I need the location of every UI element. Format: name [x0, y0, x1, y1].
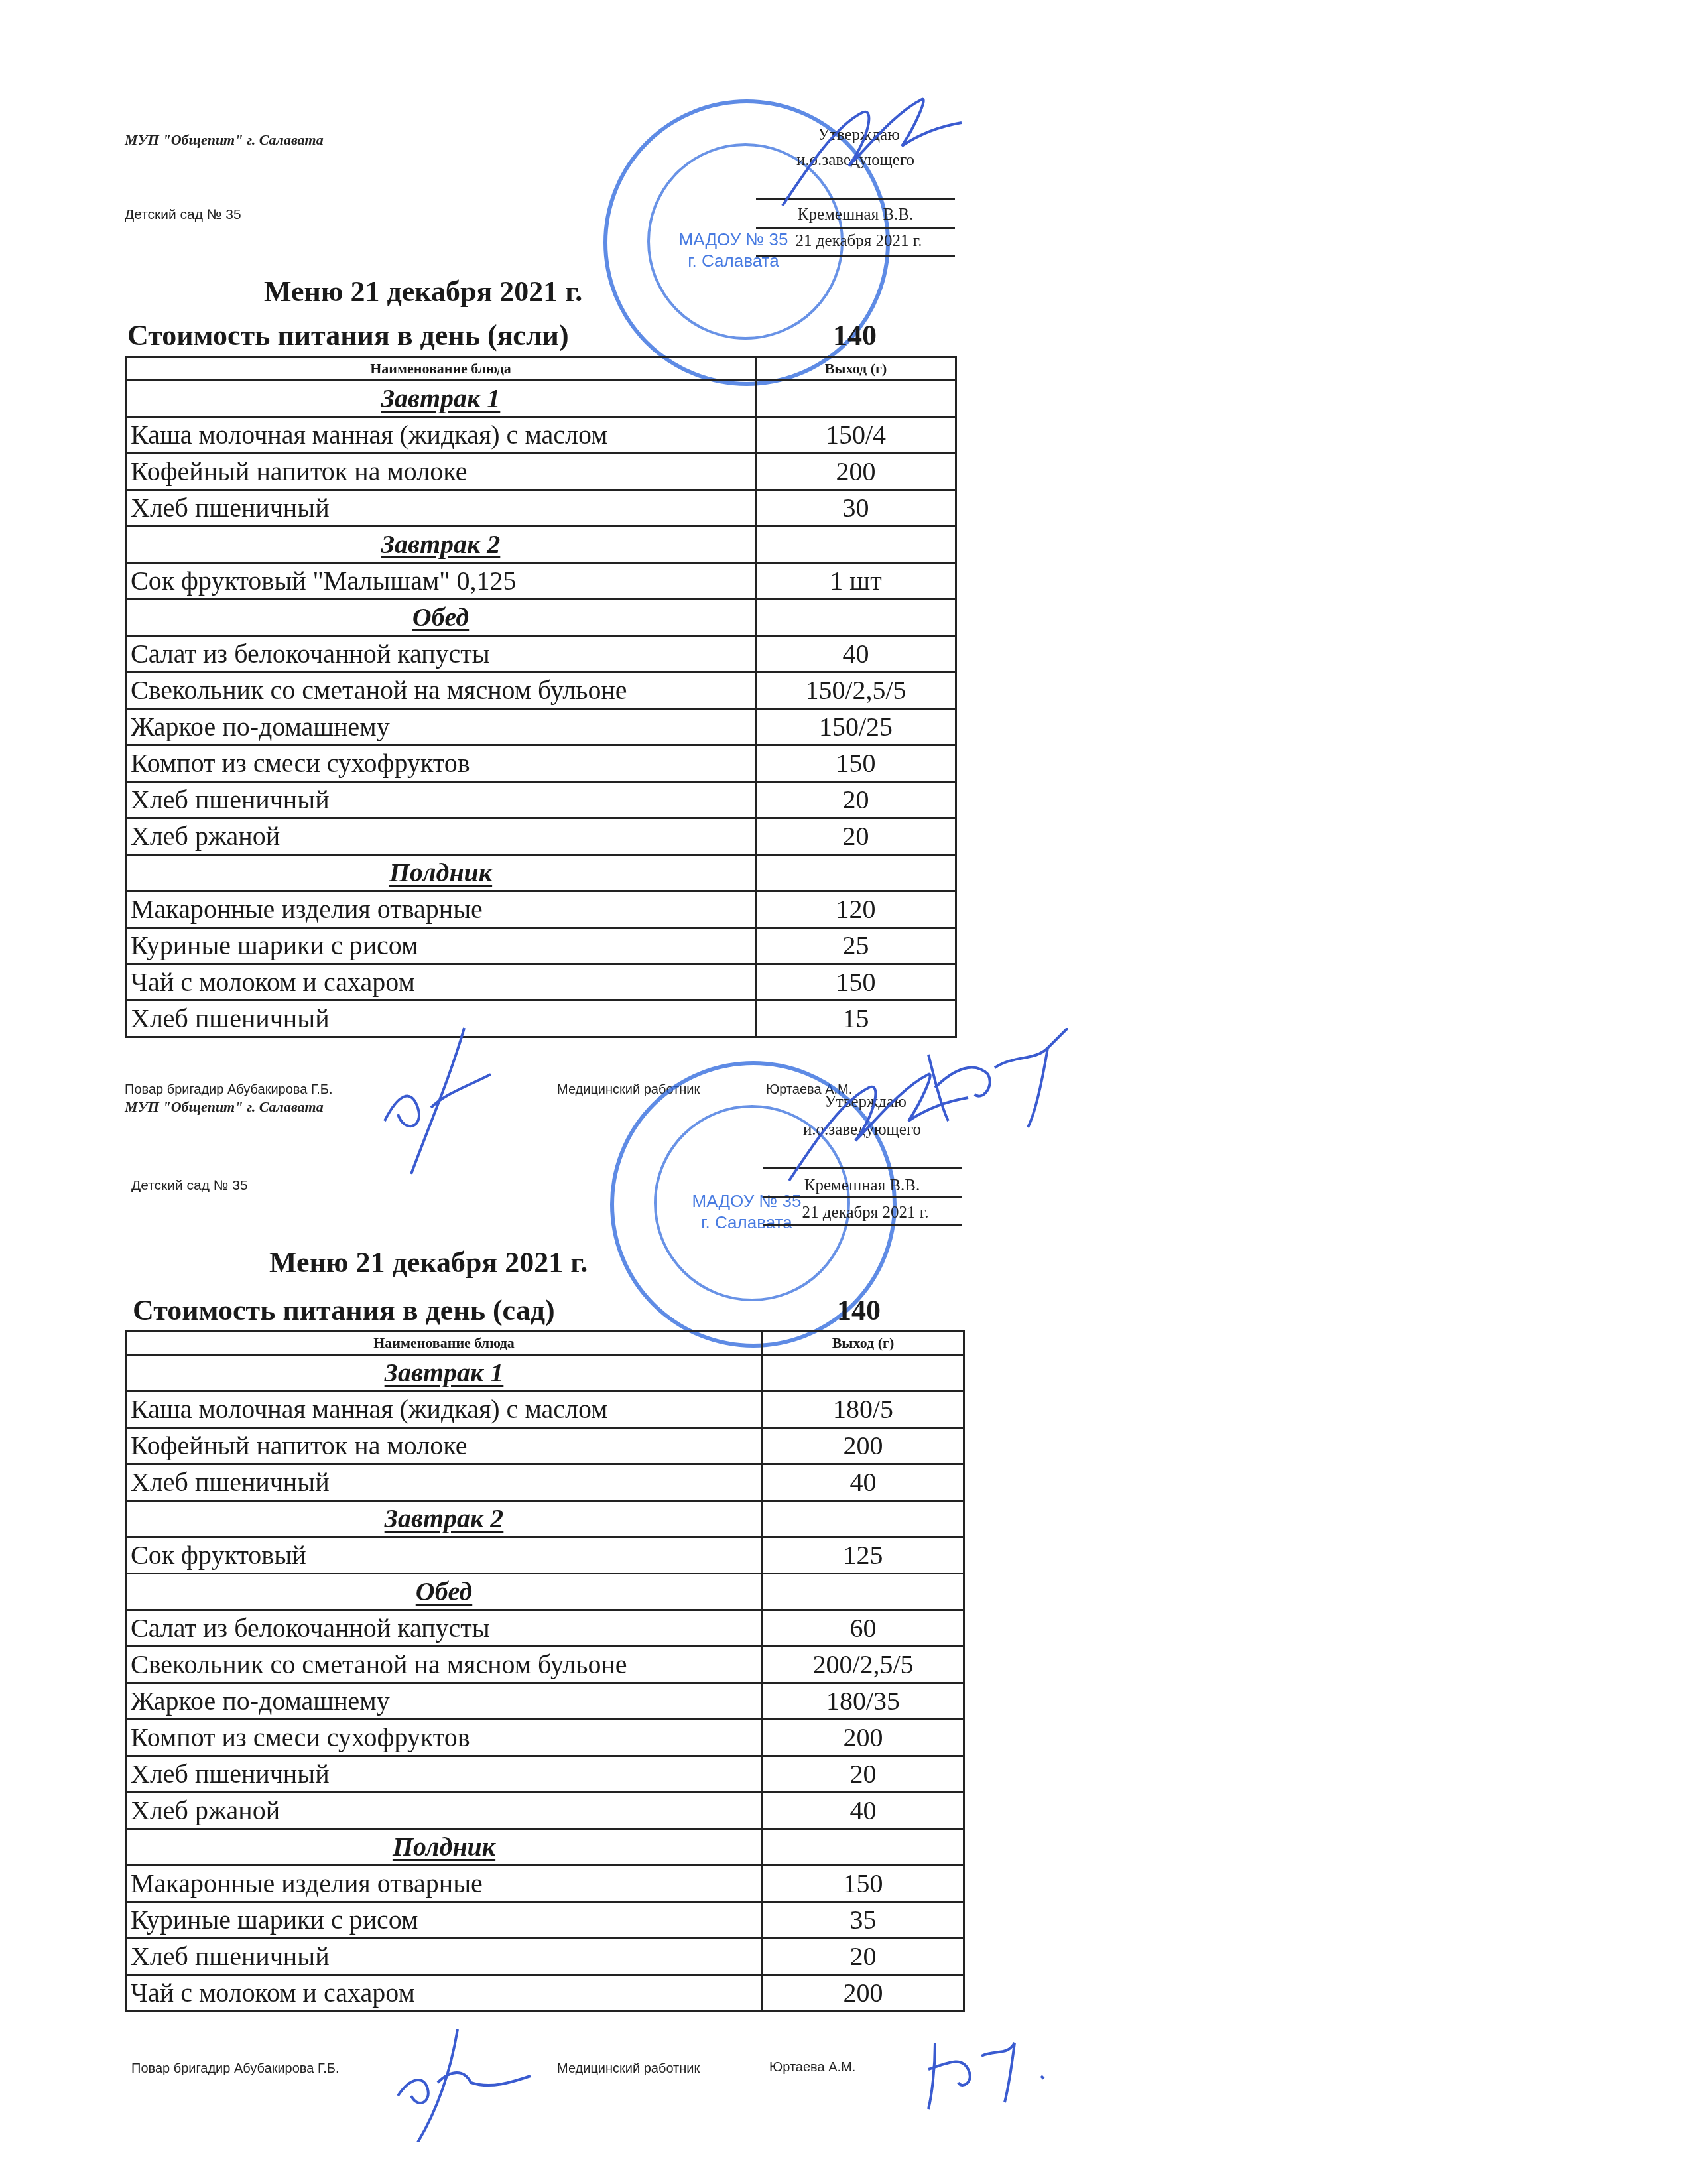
table-row: Компот из смеси сухофруктов150	[126, 745, 956, 782]
dish-yield: 200	[756, 454, 956, 490]
dish-name: Макаронные изделия отварные	[126, 1866, 763, 1902]
org-name: МУП "Общепит" г. Салавата	[125, 131, 324, 149]
dish-yield: 200/2,5/5	[763, 1647, 964, 1683]
dish-yield: 180/35	[763, 1683, 964, 1720]
org-name: МУП "Общепит" г. Салавата	[125, 1098, 324, 1116]
kindergarten-name: Детский сад № 35	[125, 207, 241, 223]
cook-label: Повар бригадир Абубакирова Г.Б.	[125, 1082, 333, 1098]
menu-table: Наименование блюда Выход (г) Завтрак 1 К…	[125, 1330, 965, 2012]
table-row: Чай с молоком и сахаром200	[126, 1975, 964, 2012]
table-row: Чай с молоком и сахаром150	[126, 964, 956, 1001]
table-row: Сок фруктовый125	[126, 1537, 964, 1574]
table-row: Кофейный напиток на молоке200	[126, 1428, 964, 1464]
dish-name: Хлеб ржаной	[126, 818, 756, 855]
dish-name: Компот из смеси сухофруктов	[126, 1720, 763, 1756]
section-row: Завтрак 1	[126, 381, 956, 417]
dish-yield: 120	[756, 891, 956, 928]
approval-date: 21 декабря 2021 г.	[756, 232, 962, 251]
director-signature-icon	[776, 1061, 975, 1194]
dish-yield: 40	[763, 1793, 964, 1829]
cook-signature-icon	[391, 2016, 550, 2142]
table-row: Хлеб пшеничный30	[126, 490, 956, 527]
dish-name: Куриные шарики с рисом	[126, 1902, 763, 1939]
section-row: Обед	[126, 600, 956, 636]
dish-name: Каша молочная манная (жидкая) с маслом	[126, 1391, 763, 1428]
dish-yield: 40	[763, 1464, 964, 1501]
medic-signature-icon	[922, 2029, 1054, 2116]
dish-name: Хлеб пшеничный	[126, 1756, 763, 1793]
cook-signature-icon	[371, 1021, 517, 1181]
daily-cost-value: 140	[833, 318, 877, 352]
menu-title: Меню 21 декабря 2021 г.	[269, 1246, 588, 1279]
dish-name: Чай с молоком и сахаром	[126, 1975, 763, 2012]
dish-name: Хлеб пшеничный	[126, 1939, 763, 1975]
dish-name: Хлеб ржаной	[126, 1793, 763, 1829]
table-row: Хлеб пшеничный20	[126, 1756, 964, 1793]
table-row: Хлеб пшеничный40	[126, 1464, 964, 1501]
dish-yield: 150/25	[756, 709, 956, 745]
dish-yield: 150/4	[756, 417, 956, 454]
dish-yield: 20	[763, 1756, 964, 1793]
kindergarten-name: Детский сад № 35	[131, 1178, 248, 1194]
menu-title: Меню 21 декабря 2021 г.	[264, 275, 582, 308]
table-row: Макаронные изделия отварные120	[126, 891, 956, 928]
table-header-row: Наименование блюда Выход (г)	[126, 1332, 964, 1355]
table-row: Куриные шарики с рисом25	[126, 928, 956, 964]
section-title: Полдник	[126, 855, 756, 891]
section-title: Обед	[126, 600, 756, 636]
table-row: Компот из смеси сухофруктов200	[126, 1720, 964, 1756]
table-row: Хлеб ржаной20	[126, 818, 956, 855]
dish-name: Куриные шарики с рисом	[126, 928, 756, 964]
table-row: Салат из белокочанной капусты60	[126, 1610, 964, 1647]
table-header-row: Наименование блюда Выход (г)	[126, 357, 956, 381]
dish-yield: 60	[763, 1610, 964, 1647]
table-row: Салат из белокочанной капусты40	[126, 636, 956, 673]
dish-name: Чай с молоком и сахаром	[126, 964, 756, 1001]
medic-label: Медицинский работник	[557, 2061, 700, 2077]
header-yield: Выход (г)	[763, 1332, 964, 1355]
table-row: Макаронные изделия отварные150	[126, 1866, 964, 1902]
section-title: Завтрак 2	[126, 527, 756, 563]
dish-name: Салат из белокочанной капусты	[126, 1610, 763, 1647]
section-title: Завтрак 2	[126, 1501, 763, 1537]
date-line	[756, 255, 955, 257]
dish-yield: 35	[763, 1902, 964, 1939]
dish-name: Жаркое по-домашнему	[126, 709, 756, 745]
section-title: Завтрак 1	[126, 1355, 763, 1391]
table-row: Хлеб пшеничный20	[126, 1939, 964, 1975]
dish-yield: 150	[756, 964, 956, 1001]
section-title: Обед	[126, 1574, 763, 1610]
section-row: Завтрак 1	[126, 1355, 964, 1391]
dish-name: Хлеб пшеничный	[126, 1464, 763, 1501]
daily-cost-value: 140	[837, 1293, 881, 1327]
table-row: Каша молочная манная (жидкая) с маслом15…	[126, 417, 956, 454]
table-row: Сок фруктовый "Малышам" 0,1251 шт	[126, 563, 956, 600]
dish-name: Свекольник со сметаной на мясном бульоне	[126, 1647, 763, 1683]
section-row: Полдник	[126, 855, 956, 891]
dish-name: Жаркое по-домашнему	[126, 1683, 763, 1720]
dish-name: Свекольник со сметаной на мясном бульоне	[126, 673, 756, 709]
dish-name: Каша молочная манная (жидкая) с маслом	[126, 417, 756, 454]
name-line	[756, 227, 955, 229]
daily-cost-label: Стоимость питания в день (сад)	[133, 1293, 555, 1327]
table-row: Хлеб пшеничный20	[126, 782, 956, 818]
section-title: Полдник	[126, 1829, 763, 1866]
section-row: Полдник	[126, 1829, 964, 1866]
dish-yield: 200	[763, 1720, 964, 1756]
dish-yield: 20	[756, 782, 956, 818]
dish-yield: 180/5	[763, 1391, 964, 1428]
table-row: Хлеб ржаной40	[126, 1793, 964, 1829]
section-title: Завтрак 1	[126, 381, 756, 417]
stamp-center-line2: г. Салавата	[667, 251, 800, 271]
header-dish-name: Наименование блюда	[126, 357, 756, 381]
cook-label: Повар бригадир Абубакирова Г.Б.	[131, 2061, 340, 2077]
dish-name: Макаронные изделия отварные	[126, 891, 756, 928]
table-row: Хлеб пшеничный15	[126, 1001, 956, 1037]
header-dish-name: Наименование блюда	[126, 1332, 763, 1355]
dish-yield: 20	[763, 1939, 964, 1975]
name-line	[763, 1196, 962, 1198]
header-yield: Выход (г)	[756, 357, 956, 381]
dish-yield: 200	[763, 1428, 964, 1464]
dish-name: Хлеб пшеничный	[126, 782, 756, 818]
table-row: Куриные шарики с рисом35	[126, 1902, 964, 1939]
dish-yield: 40	[756, 636, 956, 673]
table-row: Каша молочная манная (жидкая) с маслом18…	[126, 1391, 964, 1428]
dish-yield: 150	[756, 745, 956, 782]
dish-name: Кофейный напиток на молоке	[126, 1428, 763, 1464]
table-row: Жаркое по-домашнему150/25	[126, 709, 956, 745]
medic-name: Юртаева А.М.	[769, 2060, 855, 2075]
section-row: Завтрак 2	[126, 527, 956, 563]
dish-yield: 25	[756, 928, 956, 964]
table-row: Свекольник со сметаной на мясном бульоне…	[126, 1647, 964, 1683]
dish-yield: 1 шт	[756, 563, 956, 600]
dish-name: Хлеб пшеничный	[126, 490, 756, 527]
table-row: Кофейный напиток на молоке200	[126, 454, 956, 490]
dish-name: Компот из смеси сухофруктов	[126, 745, 756, 782]
date-line	[763, 1224, 962, 1226]
dish-yield: 30	[756, 490, 956, 527]
table-row: Свекольник со сметаной на мясном бульоне…	[126, 673, 956, 709]
table-row: Жаркое по-домашнему180/35	[126, 1683, 964, 1720]
dish-yield: 20	[756, 818, 956, 855]
dish-name: Кофейный напиток на молоке	[126, 454, 756, 490]
dish-name: Сок фруктовый	[126, 1537, 763, 1574]
dish-yield: 125	[763, 1537, 964, 1574]
dish-yield: 200	[763, 1975, 964, 2012]
dish-name: Сок фруктовый "Малышам" 0,125	[126, 563, 756, 600]
dish-name: Салат из белокочанной капусты	[126, 636, 756, 673]
section-row: Завтрак 2	[126, 1501, 964, 1537]
dish-yield: 150	[763, 1866, 964, 1902]
menu-table: Наименование блюда Выход (г) Завтрак 1 К…	[125, 356, 957, 1038]
approval-date: 21 декабря 2021 г.	[763, 1204, 968, 1222]
section-row: Обед	[126, 1574, 964, 1610]
director-signature-icon	[769, 86, 968, 219]
dish-yield: 150/2,5/5	[756, 673, 956, 709]
daily-cost-label: Стоимость питания в день (ясли)	[127, 318, 569, 352]
